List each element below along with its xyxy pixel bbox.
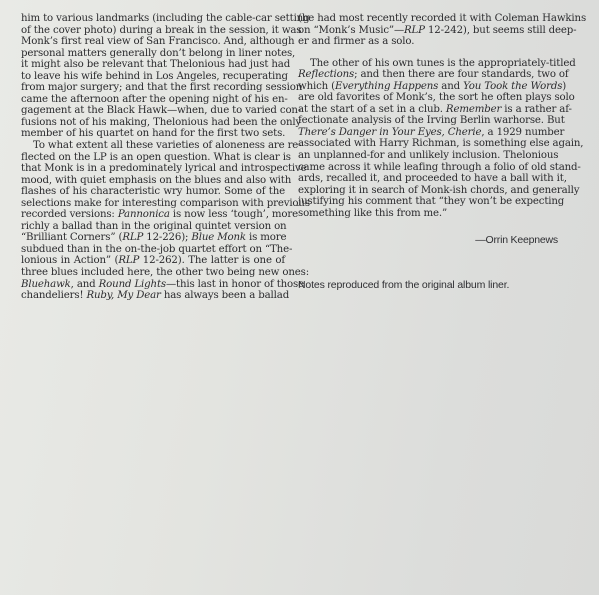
text-line: associated with Harry Richman, is someth… (298, 138, 558, 150)
text-line: flected on the LP is an open question. W… (21, 152, 285, 164)
text-run: of the cover photo) during a break in th… (21, 25, 301, 36)
text-run: ards, recalled it, and proceeded to have… (298, 173, 567, 184)
text-run: something like this from me.” (298, 208, 447, 219)
text-line: to leave his wife behind in Los Angeles,… (21, 71, 285, 83)
text-run: —this last in honor of those (166, 279, 304, 290)
text-line: Reflections; and then there are four sta… (298, 69, 558, 81)
italic-title: Remember (446, 104, 501, 115)
text-run: it might also be relevant that Theloniou… (21, 59, 290, 70)
text-run: recorded versions: (21, 209, 118, 220)
text-run: has always been a ballad (161, 290, 289, 301)
text-run: and (438, 81, 463, 92)
text-run: To what extent all these varieties of al… (33, 140, 301, 151)
text-run: 12-262). The latter is one of (139, 255, 285, 266)
text-run: subdued than in the on-the-job quartet e… (21, 244, 292, 255)
text-line: There’s Danger in Your Eyes, Cherie, a 1… (298, 127, 558, 139)
text-run: , a 1929 number (481, 127, 564, 138)
text-run: associated with Harry Richman, is someth… (298, 138, 583, 149)
text-run: gagement at the Black Hawk—when, due to … (21, 105, 301, 116)
text-run: member of his quartet on hand for the fi… (21, 128, 285, 139)
text-run: richly a ballad than in the original qui… (21, 221, 286, 232)
text-run: er and firmer as a solo. (298, 36, 414, 47)
text-line: came the afternoon after the opening nig… (21, 94, 285, 106)
text-run: on “Monk’s Music”— (298, 25, 404, 36)
text-line: Monk’s first real view of San Francisco.… (21, 36, 285, 48)
text-run: 12-242), but seems still deep- (425, 25, 577, 36)
text-run: are old favorites of Monk’s, the sort he… (298, 92, 575, 103)
text-run: Monk’s first real view of San Francisco.… (21, 36, 294, 47)
text-line: on “Monk’s Music”—RLP 12-242), but seems… (298, 25, 558, 37)
text-line: are old favorites of Monk’s, the sort he… (298, 92, 558, 104)
text-run: flashes of his characteristic wry humor.… (21, 186, 285, 197)
text-run: 12-226); (143, 232, 191, 243)
text-run: “Brilliant Corners” ( (21, 232, 122, 243)
text-run: The other of his own tunes is the approp… (310, 58, 576, 69)
text-line: member of his quartet on hand for the fi… (21, 128, 285, 140)
text-run: ; and then there are four standards, two… (354, 69, 568, 80)
text-line: lonious in Action” (RLP 12-262). The lat… (21, 255, 285, 267)
text-line: subdued than in the on-the-job quartet e… (21, 244, 285, 256)
text-line: er and firmer as a solo. (298, 36, 558, 48)
text-line: it might also be relevant that Theloniou… (21, 59, 285, 71)
text-run: is a rather af- (501, 104, 572, 115)
text-line: of the cover photo) during a break in th… (21, 25, 285, 37)
text-run: him to various landmarks (including the … (21, 13, 309, 24)
text-line: three blues included here, the other two… (21, 267, 285, 279)
text-run: came across it while leafing through a f… (298, 162, 581, 173)
text-run: mood, with quiet emphasis on the blues a… (21, 175, 291, 186)
italic-title: Everything Happens (335, 81, 438, 92)
text-line: chandeliers! Ruby, My Dear has always be… (21, 290, 285, 302)
text-run: chandeliers! (21, 290, 86, 301)
text-run: lonious in Action” ( (21, 255, 118, 266)
author-signature: —Orrin Keepnews (298, 234, 558, 246)
text-line: which (Everything Happens and You Took t… (298, 81, 558, 93)
text-line: fectionate analysis of the Irving Berlin… (298, 115, 558, 127)
italic-title: Reflections (298, 69, 354, 80)
italic-title: Round Lights (99, 279, 166, 290)
text-run: three blues included here, the other two… (21, 267, 309, 278)
text-run: justifying his comment that “they won’t … (298, 196, 564, 207)
liner-notes-right-column: (he had most recently recorded it with C… (298, 13, 558, 219)
italic-title: Pannonica (118, 209, 170, 220)
text-run: is more (246, 232, 286, 243)
text-line: him to various landmarks (including the … (21, 13, 285, 25)
italic-title: RLP (404, 25, 425, 36)
liner-notes-left-column: him to various landmarks (including the … (21, 13, 285, 302)
text-run: ) (562, 81, 566, 92)
italic-title: Blue Monk (191, 232, 246, 243)
text-run: to leave his wife behind in Los Angeles,… (21, 71, 288, 82)
text-line: richly a ballad than in the original qui… (21, 221, 285, 233)
text-line: came across it while leafing through a f… (298, 162, 558, 174)
italic-title: Ruby, My Dear (86, 290, 160, 301)
text-line: Bluehawk, and Round Lights—this last in … (21, 279, 285, 291)
text-line: To what extent all these varieties of al… (21, 140, 285, 152)
text-run: personal matters generally don’t belong … (21, 48, 295, 59)
text-run: is now less ‘tough’, more (170, 209, 298, 220)
text-line: that Monk is in a predominately lyrical … (21, 163, 285, 175)
text-run: from major surgery; and that the first r… (21, 82, 302, 93)
text-run: fectionate analysis of the Irving Berlin… (298, 115, 565, 126)
text-run: exploring it in search of Monk-ish chord… (298, 185, 579, 196)
text-run: at the start of a set in a club. (298, 104, 446, 115)
text-line: fusions not of his making, Thelonious ha… (21, 117, 285, 129)
text-line: exploring it in search of Monk-ish chord… (298, 185, 558, 197)
text-line: selections make for interesting comparis… (21, 198, 285, 210)
text-line: mood, with quiet emphasis on the blues a… (21, 175, 285, 187)
italic-title: Bluehawk (21, 279, 71, 290)
italic-title: RLP (118, 255, 139, 266)
text-run: an unplanned-for and unlikely inclusion.… (298, 150, 558, 161)
text-line: justifying his comment that “they won’t … (298, 196, 558, 208)
text-line: flashes of his characteristic wry humor.… (21, 186, 285, 198)
text-line: (he had most recently recorded it with C… (298, 13, 558, 25)
text-line: at the start of a set in a club. Remembe… (298, 104, 558, 116)
text-line: ards, recalled it, and proceeded to have… (298, 173, 558, 185)
text-line: The other of his own tunes is the approp… (298, 58, 558, 70)
text-line: an unplanned-for and unlikely inclusion.… (298, 150, 558, 162)
text-run: fusions not of his making, Thelonious ha… (21, 117, 301, 128)
text-run: came the afternoon after the opening nig… (21, 94, 288, 105)
text-run: (he had most recently recorded it with C… (298, 13, 586, 24)
italic-title: There’s Danger in Your Eyes, Cherie (298, 127, 481, 138)
italic-title: RLP (122, 232, 143, 243)
text-line: personal matters generally don’t belong … (21, 48, 285, 60)
text-run: selections make for interesting comparis… (21, 198, 310, 209)
text-line: from major surgery; and that the first r… (21, 82, 285, 94)
text-line: recorded versions: Pannonica is now less… (21, 209, 285, 221)
text-run: flected on the LP is an open question. W… (21, 152, 291, 163)
text-run: which ( (298, 81, 335, 92)
text-line: something like this from me.” (298, 208, 558, 220)
reproduction-note: Notes reproduced from the original album… (298, 279, 509, 291)
italic-title: You Took the Words (463, 81, 562, 92)
text-run: , and (71, 279, 99, 290)
text-line: “Brilliant Corners” (RLP 12-226); Blue M… (21, 232, 285, 244)
text-run: that Monk is in a predominately lyrical … (21, 163, 307, 174)
text-line: gagement at the Black Hawk—when, due to … (21, 105, 285, 117)
